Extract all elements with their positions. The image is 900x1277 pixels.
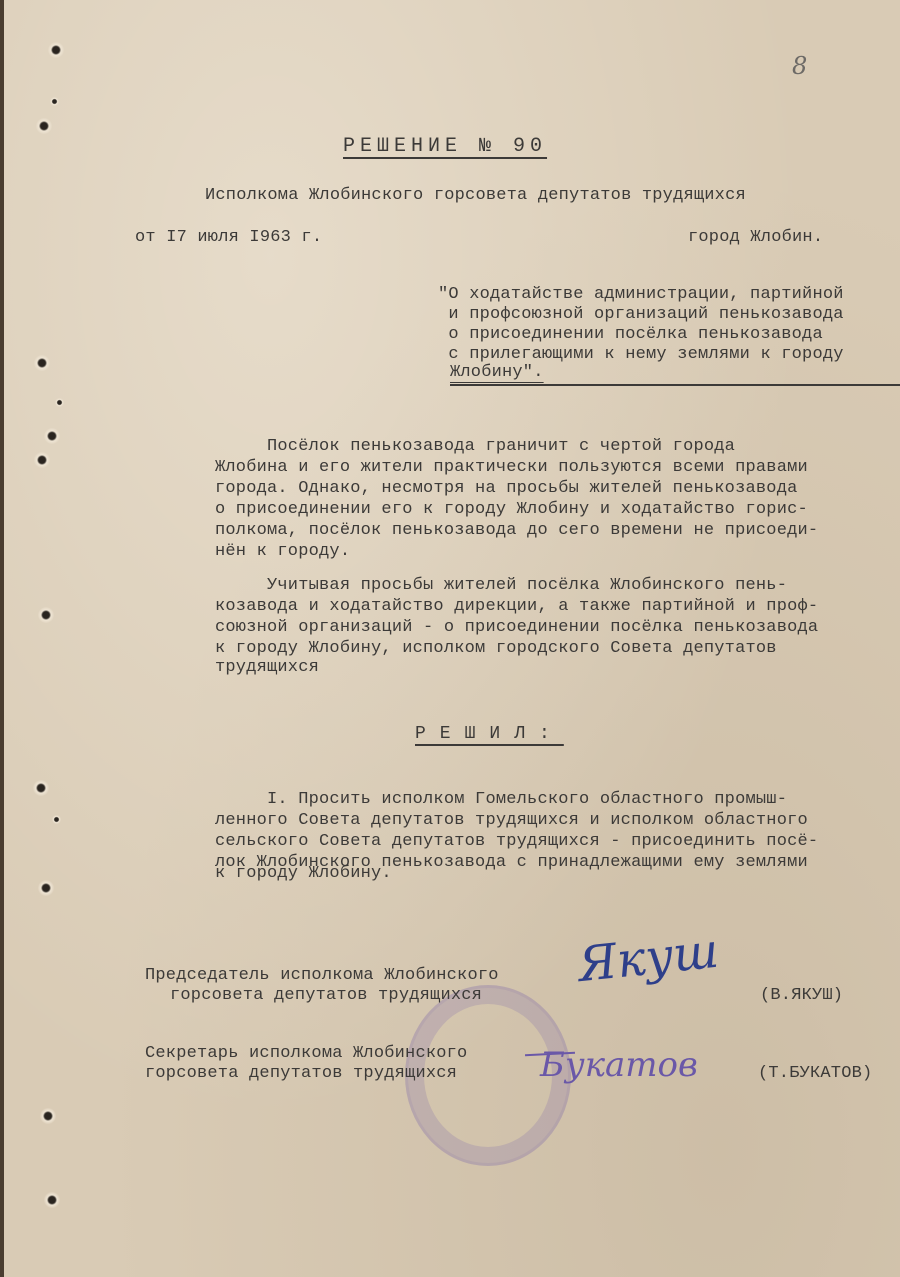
subject-line: и профсоюзной организаций пенькозавода bbox=[438, 305, 844, 324]
text-line: полкома, посёлок пенькозавода до сего вр… bbox=[215, 521, 818, 540]
binding-hole-icon bbox=[36, 118, 52, 134]
document-title: РЕШЕНИЕ № 90 bbox=[343, 135, 547, 158]
text-line: к городу Жлобину, исполком городского Со… bbox=[215, 639, 777, 658]
text-line: ленного Совета депутатов трудящихся и ис… bbox=[215, 811, 808, 830]
signatory-role: горсовета депутатов трудящихся bbox=[170, 986, 482, 1005]
binding-hole-icon bbox=[38, 880, 54, 896]
page-edge bbox=[0, 0, 4, 1277]
text-line: Посёлок пенькозавода граничит с чертой г… bbox=[215, 437, 735, 456]
text-line: союзной организаций - о присоединении по… bbox=[215, 618, 818, 637]
subject-line: о присоединении посёлка пенькозавода bbox=[438, 325, 823, 344]
handwritten-signature: Букатов bbox=[540, 1045, 698, 1085]
signatory-role: Секретарь исполкома Жлобинского bbox=[145, 1044, 467, 1063]
binding-hole-icon bbox=[44, 428, 60, 444]
handwritten-signature: Якуш bbox=[575, 923, 721, 993]
binding-hole-icon bbox=[44, 1192, 60, 1208]
binding-hole-icon bbox=[50, 97, 59, 106]
binding-hole-icon bbox=[48, 42, 64, 58]
text-line: к городу Жлобину. bbox=[215, 864, 392, 883]
text-line: I. Просить исполком Гомельского областно… bbox=[215, 790, 787, 809]
binding-hole-icon bbox=[33, 780, 49, 796]
document-date: от I7 июля I963 г. bbox=[135, 228, 322, 247]
signatory-role: Председатель исполкома Жлобинского bbox=[145, 966, 499, 985]
text-line: трудящихся bbox=[215, 658, 319, 677]
subject-line: Жлобину". bbox=[450, 363, 544, 382]
text-line: козавода и ходатайство дирекции, а также… bbox=[215, 597, 818, 616]
signatory-name: (В.ЯКУШ) bbox=[760, 986, 843, 1005]
text-line: сельского Совета депутатов трудящихся - … bbox=[215, 832, 818, 851]
signatory-role: горсовета депутатов трудящихся bbox=[145, 1064, 457, 1083]
binding-hole-icon bbox=[34, 355, 50, 371]
subject-line: с прилегающими к нему землями к городу bbox=[438, 345, 844, 364]
binding-hole-icon bbox=[55, 398, 64, 407]
text-line: нён к городу. bbox=[215, 542, 350, 561]
binding-hole-icon bbox=[38, 607, 54, 623]
binding-hole-icon bbox=[40, 1108, 56, 1124]
binding-hole-icon bbox=[34, 452, 50, 468]
document-place: город Жлобин. bbox=[688, 228, 823, 247]
text-line: о присоединении его к городу Жлобину и х… bbox=[215, 500, 808, 519]
text-line: Учитывая просьбы жителей посёлка Жлобинс… bbox=[215, 576, 787, 595]
page-number: 8 bbox=[792, 52, 807, 80]
subject-line: "О ходатайстве администрации, партийной bbox=[438, 285, 844, 304]
text-line: Жлобина и его жители практически пользую… bbox=[215, 458, 808, 477]
text-line: города. Однако, несмотря на просьбы жите… bbox=[215, 479, 798, 498]
issuer-line: Исполкома Жлобинского горсовета депутато… bbox=[205, 186, 746, 205]
binding-hole-icon bbox=[52, 815, 61, 824]
document-page: 8 РЕШЕНИЕ № 90 Исполкома Жлобинского гор… bbox=[0, 0, 900, 1277]
subject-underline bbox=[450, 384, 900, 386]
signatory-name: (Т.БУКАТОВ) bbox=[758, 1064, 872, 1083]
decision-heading: РЕШИЛ: bbox=[415, 724, 564, 744]
